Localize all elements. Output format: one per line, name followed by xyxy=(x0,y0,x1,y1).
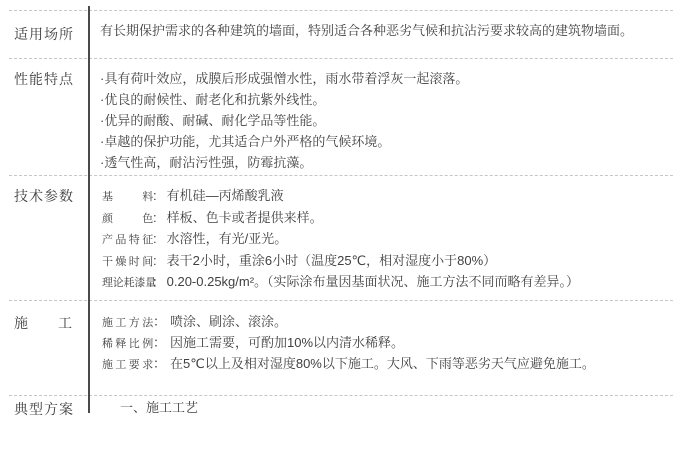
row-label-application: 施工 xyxy=(14,316,73,330)
param-separator: : xyxy=(153,210,157,225)
param-key: 干燥时间 xyxy=(102,253,153,273)
param-key: 产品特征 xyxy=(102,231,153,251)
param-value: 因施工需要，可酌加10%以内清水稀释。 xyxy=(170,335,404,350)
column-rule xyxy=(88,6,90,413)
param-separator: : xyxy=(153,253,157,268)
row-label-features: 性能特点 xyxy=(14,72,73,86)
feature-item: ·卓越的保护功能，尤其适合户外严格的气候环境。 xyxy=(100,131,666,152)
application-list: 施工方法：喷涂、刷涂、滚涂。 稀释比例：因施工需要，可酌加10%以内清水稀释。 … xyxy=(102,312,668,375)
param-value: 有机硅—丙烯酸乳液 xyxy=(167,188,284,203)
tech-param-row: 干燥时间:表干2小时，重涂6小时（温度25℃，相对湿度小于80%） xyxy=(102,251,668,273)
param-separator: : xyxy=(153,188,157,203)
usage-text: 有长期保护需求的各种建筑的墙面，特别适合各种恶劣气候和抗沾污要求较高的建筑物墙面… xyxy=(100,21,666,41)
feature-item: ·具有荷叶效应，成膜后形成强憎水性，雨水带着浮灰一起滚落。 xyxy=(100,68,666,89)
param-key: 基料 xyxy=(102,188,153,208)
param-value: 0.20-0.25kg/m²。（实际涂布量因基面状况、施工方法不同而略有差异。） xyxy=(167,274,579,289)
param-value: 喷涂、刷涂、滚涂。 xyxy=(170,314,287,329)
param-value: 表干2小时，重涂6小时（温度25℃，相对湿度小于80%） xyxy=(167,253,497,268)
tech-params-list: 基料:有机硅—丙烯酸乳液 颜色:样板、色卡或者提供来样。 产品特征:水溶性，有光… xyxy=(102,186,668,294)
row-divider xyxy=(9,395,673,396)
row-divider xyxy=(9,10,673,11)
row-divider xyxy=(9,175,673,176)
param-key: 施工要求 xyxy=(102,355,153,375)
feature-item: ·透气性高，耐沾污性强，防霉抗藻。 xyxy=(100,152,666,173)
application-row: 稀释比例：因施工需要，可酌加10%以内清水稀释。 xyxy=(102,333,668,354)
param-value: 水溶性，有光/亚光。 xyxy=(167,231,288,246)
application-row: 施工方法：喷涂、刷涂、滚涂。 xyxy=(102,312,668,333)
row-label-tech-params: 技术参数 xyxy=(14,189,73,203)
tech-param-row: 颜色:样板、色卡或者提供来样。 xyxy=(102,208,668,230)
param-value: 样板、色卡或者提供来样。 xyxy=(167,210,323,225)
param-key: 理论耗漆量 xyxy=(102,274,153,294)
param-separator: : xyxy=(153,274,157,289)
param-separator: ： xyxy=(153,314,166,329)
param-separator: ： xyxy=(153,335,166,350)
param-value: 在5℃以上及相对湿度80%以下施工。大风、下雨等恶劣天气应避免施工。 xyxy=(170,356,595,371)
row-label-usage: 适用场所 xyxy=(14,27,73,41)
tech-param-row: 理论耗漆量:0.20-0.25kg/m²。（实际涂布量因基面状况、施工方法不同而… xyxy=(102,272,668,294)
application-row: 施工要求：在5℃以上及相对湿度80%以下施工。大风、下雨等恶劣天气应避免施工。 xyxy=(102,354,668,375)
param-key: 施工方法 xyxy=(102,313,153,333)
feature-item: ·优异的耐酸、耐碱、耐化学品等性能。 xyxy=(100,110,666,131)
tech-param-row: 产品特征:水溶性，有光/亚光。 xyxy=(102,229,668,251)
features-list: ·具有荷叶效应，成膜后形成强憎水性，雨水带着浮灰一起滚落。 ·优良的耐候性、耐老… xyxy=(100,68,666,173)
param-separator: ： xyxy=(153,356,166,371)
param-key: 颜色 xyxy=(102,210,153,230)
product-spec-table: 适用场所 有长期保护需求的各种建筑的墙面，特别适合各种恶劣气候和抗沾污要求较高的… xyxy=(0,0,680,470)
typical-scheme-text: 一、施工工艺 xyxy=(120,398,680,418)
row-label-typical-scheme: 典型方案 xyxy=(14,402,73,416)
tech-param-row: 基料:有机硅—丙烯酸乳液 xyxy=(102,186,668,208)
param-separator: : xyxy=(153,231,157,246)
row-divider xyxy=(9,58,673,59)
feature-item: ·优良的耐候性、耐老化和抗紫外线性。 xyxy=(100,89,666,110)
row-divider xyxy=(9,300,673,301)
param-key: 稀释比例 xyxy=(102,334,153,354)
